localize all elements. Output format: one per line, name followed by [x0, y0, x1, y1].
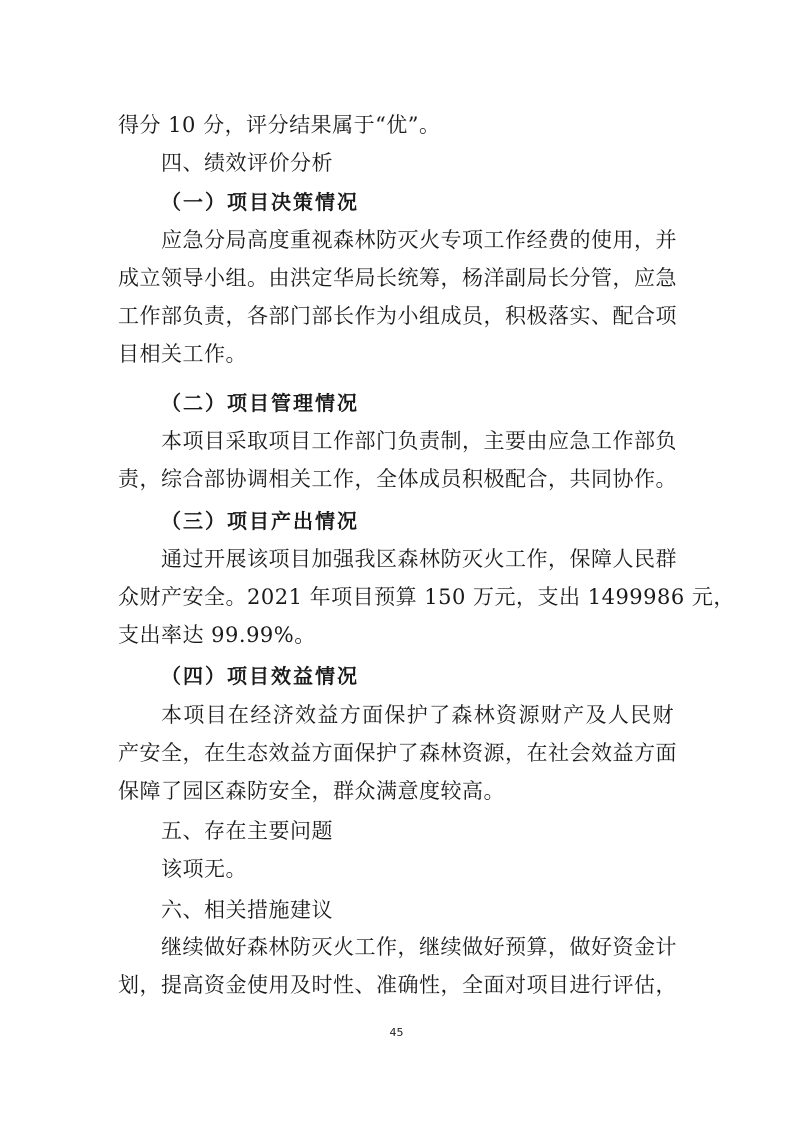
paragraph-line: 成立领导小组。由洪定华局长统筹，杨洋副局长分管，应急 [118, 265, 674, 291]
subsection-heading-2: （二）项目管理情况 [161, 390, 717, 416]
paragraph-line: 本项目采取项目工作部门负责制，主要由应急工作部负 [161, 428, 674, 454]
paragraph-line: 众财产安全。2021 年项目预算 150 万元，支出 1499986 元， [118, 584, 674, 610]
paragraph-line: 工作部负责，各部门部长作为小组成员，积极落实、配合项 [118, 303, 674, 329]
subsection-heading-3: （三）项目产出情况 [161, 508, 717, 534]
paragraph-line: 支出率达 99.99%。 [118, 622, 674, 648]
paragraph-line: 保障了园区森防安全，群众满意度较高。 [118, 778, 674, 804]
paragraph-line: 目相关工作。 [118, 341, 674, 367]
paragraph-line: 划，提高资金使用及时性、准确性，全面对项目进行评估， [118, 972, 674, 998]
paragraph-line: 该项无。 [161, 856, 674, 882]
section-heading-4: 四、绩效评价分析 [161, 150, 674, 176]
paragraph-line: 通过开展该项目加强我区森林防灭火工作，保障人民群 [161, 546, 674, 572]
paragraph-line: 得分 10 分，评分结果属于“优”。 [118, 112, 674, 138]
section-heading-6: 六、相关措施建议 [161, 897, 674, 923]
paragraph-line: 应急分局高度重视森林防灭火专项工作经费的使用，并 [161, 227, 674, 253]
paragraph-line: 继续做好森林防灭火工作，继续做好预算，做好资金计 [161, 934, 674, 960]
page-number: 45 [0, 1026, 793, 1039]
subsection-heading-4: （四）项目效益情况 [161, 663, 717, 689]
paragraph-line: 产安全，在生态效益方面保护了森林资源，在社会效益方面 [118, 740, 674, 766]
document-page: 得分 10 分，评分结果属于“优”。 四、绩效评价分析 （一）项目决策情况 应急… [0, 0, 793, 1122]
subsection-heading-1: （一）项目决策情况 [161, 189, 717, 215]
paragraph-line: 本项目在经济效益方面保护了森林资源财产及人民财 [161, 702, 674, 728]
paragraph-line: 责，综合部协调相关工作，全体成员积极配合，共同协作。 [118, 466, 674, 492]
section-heading-5: 五、存在主要问题 [161, 818, 674, 844]
